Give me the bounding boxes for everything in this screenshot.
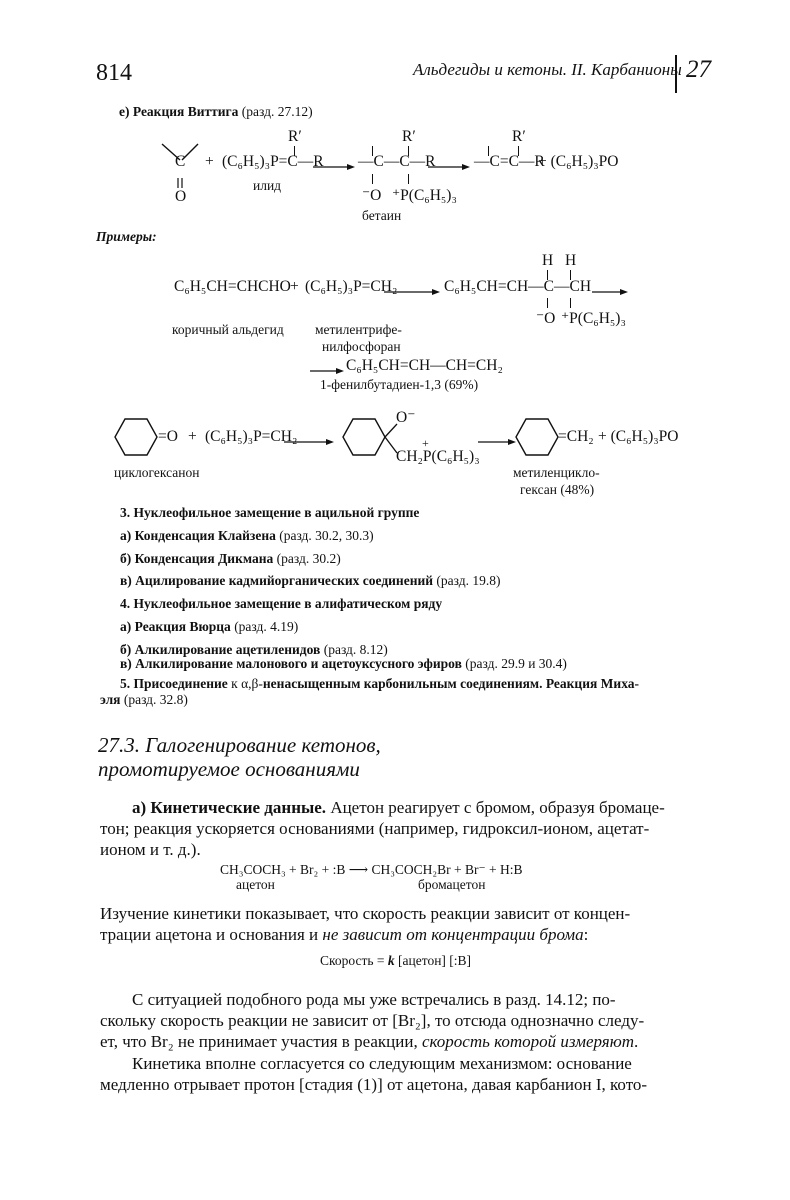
list-item: 4. Нуклеофильное замещение в алифатическ… [120,596,442,612]
kinetics-p1-line3: ионом и т. д.). [100,840,201,860]
ex2-product-suffix: =CH₂ [558,428,594,446]
ylide-label: илид [253,178,281,194]
ex2-label-product-line2: гексан (48%) [520,482,594,498]
list-item: б) Конденсация Дикмана (разд. 30.2) [120,551,341,567]
arrow-icon [592,288,628,296]
eq-label-acetone: ацетон [236,877,275,893]
ex1-phosphorus: ⁺P(C₆H₅)₃ [561,309,626,328]
arrow-icon [478,438,516,446]
ex2-plus: + [188,428,197,446]
carbonyl-carbon: C [175,153,185,171]
ex2-intermediate-oxygen: O⁻ [396,408,415,427]
arrow-icon [284,438,334,446]
ex1-product: C₆H₅CH=CH—CH=CH₂ [346,357,503,375]
bond [294,146,295,156]
ex1-label-reactant2-line2: нилфосфоран [322,339,401,355]
ex1-label-reactant1: коричный альдегид [172,322,284,338]
ex1-h1: H [542,252,553,270]
plus-sign: + [205,153,214,171]
kinetics-p2-line2: трации ацетона и основания и не зависит … [100,925,588,945]
wittig-ref: (разд. 27.12) [242,104,313,119]
carbonyl-oxygen: O [175,188,186,206]
list-item: 3. Нуклеофильное замещение в ацильной гр… [120,505,419,521]
bond [408,174,409,184]
bond [547,298,548,308]
arrow-icon [384,288,440,296]
cyclohexane-ring-icon [515,418,559,456]
ex2-label-product-line1: метиленцикло- [513,465,600,481]
ex1-reactant1: C₆H₅CH=CHCHO [174,278,291,296]
ex1-plus: + [290,278,299,296]
bond [372,174,373,184]
kinetics-p1-line1: а) Кинетические данные. Ацетон реагирует… [132,798,665,818]
kinetics-p3-line1: С ситуацией подобного рода мы уже встреч… [132,990,616,1010]
ex1-label-reactant2-line1: метилентрифе- [315,322,402,338]
bond [408,146,409,156]
arrow-icon [310,367,344,375]
running-title: Альдегиды и кетоны. II. Карбанионы [413,60,682,80]
wittig-title: Реакция Виттига [133,104,239,119]
arrow-icon [313,163,355,171]
alkene-formula: —C=C—R [474,153,545,171]
ex2-label-reactant1: циклогексанон [114,465,199,481]
alkene-r-prime: R′ [512,128,526,146]
rate-equation: Скорость = k [ацетон] [:B] [320,953,471,969]
ex2-intermediate-sub: CH₂P(C₆H₅)₃ [396,448,480,466]
header-rule [675,55,677,93]
ex1-h2: H [565,252,576,270]
examples-heading: Примеры: [96,229,157,245]
betaine-phosphorus: ⁺P(C₆H₅)₃ [392,186,457,205]
bond [570,298,571,308]
bond [488,146,489,156]
page-number: 814 [96,60,132,87]
bond [570,270,571,280]
eq-label-bromoacetone: бромацетон [418,877,485,893]
kinetics-p3-line3: ет, что Br₂ не принимает участия в реакц… [100,1032,638,1052]
list-item: в) Ацилирование кадмийорганических соеди… [120,573,500,589]
kinetics-p3-line2: скольку скорость реакции не зависит от [… [100,1011,644,1031]
wittig-byproduct: + (C₆H₅)₃PO [538,153,619,171]
arrow-icon [428,163,470,171]
acetone-equation: CH₃COCH₃ + Br₂ + :B ⟶ CH₃COCH₂Br + Br⁻ +… [220,862,523,878]
kinetics-p4-line1: Кинетика вполне согласуется со следующим… [132,1054,632,1074]
list-item-5: 5. Присоединение к α,β-ненасыщенным карб… [120,676,639,692]
list-item: а) Конденсация Клайзена (разд. 30.2, 30.… [120,528,374,544]
betaine-oxygen: ⁻O [362,186,381,205]
kinetics-p4-line2: медленно отрывает протон [стадия (1)] от… [100,1075,647,1095]
bond [372,146,373,156]
wittig-item-label: е) [119,104,130,119]
betaine-r-prime: R′ [402,128,416,146]
betaine-label: бетаин [362,208,401,224]
chapter-number: 27 [686,56,711,84]
ex1-product-label: 1-фенилбутадиен-1,3 (69%) [320,377,478,393]
ex1-oxygen: ⁻O [536,309,555,328]
list-item: а) Реакция Вюрца (разд. 4.19) [120,619,298,635]
kinetics-p2-line1: Изучение кинетики показывает, что скорос… [100,904,630,924]
bond [518,146,519,156]
ex1-intermediate: C₆H₅CH=CH—C—CH [444,278,591,296]
bond [547,270,548,280]
ylide-r-prime: R′ [288,128,302,146]
wittig-heading: е) Реакция Виттига (разд. 27.12) [119,104,313,120]
list-item-5-cont: эля (разд. 32.8) [100,692,188,708]
ex2-reactant1-suffix: =O [158,428,178,446]
section-title-line2: промотируемое основаниями [98,757,360,782]
betaine-formula: —C—C—R [358,153,436,171]
section-title-line1: 27.3. Галогенирование кетонов, [98,733,381,758]
kinetics-p1-line2: тон; реакция ускоряется основаниями (нап… [100,819,649,839]
list-item: в) Алкилирование малонового и ацетоуксус… [120,656,567,672]
ylide-formula: (C₆H₅)₃P=C—R [222,153,324,171]
cyclohexane-ring-icon [114,418,158,456]
ex2-byproduct: + (C₆H₅)₃PO [598,428,679,446]
